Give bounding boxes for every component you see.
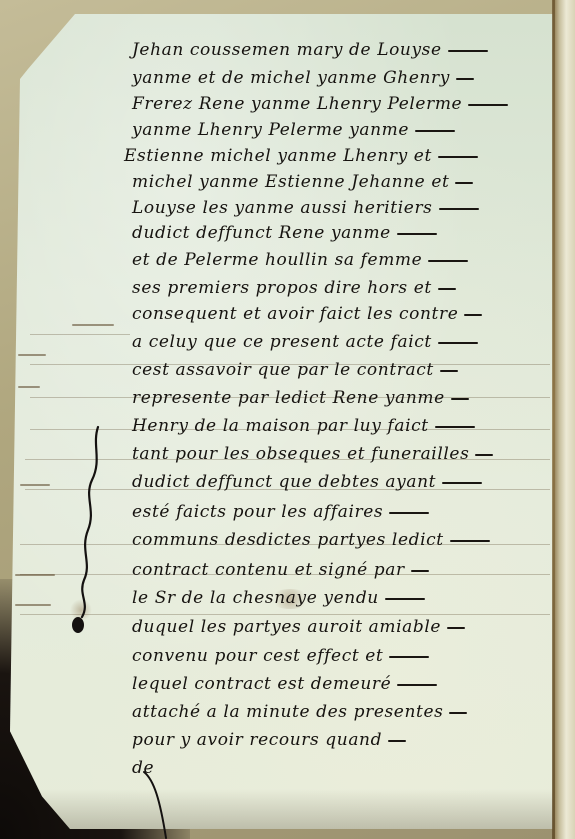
margin-mark <box>18 386 40 388</box>
margin-mark <box>18 354 46 356</box>
text-line: lequel contract est demeuré <box>132 674 437 694</box>
margin-mark <box>20 484 50 486</box>
text-line: consequent et avoir faict les contre <box>132 304 482 324</box>
text-line: represente par ledict Rene yanme <box>132 388 469 408</box>
binding-crease <box>552 0 555 839</box>
text-line: yanme Lhenry Pelerme yanme <box>132 120 455 140</box>
text-line: convenu pour cest effect et <box>132 646 429 666</box>
text-line: communs desdictes partyes ledict <box>132 530 490 550</box>
text-line: michel yanme Estienne Jehanne et <box>132 172 473 192</box>
binding-edge <box>553 0 575 839</box>
text-line: dudict deffunct Rene yanme <box>132 223 437 243</box>
text-line: pour y avoir recours quand <box>132 730 406 750</box>
text-line: Estienne michel yanme Lhenry et <box>124 146 478 166</box>
paper-shading <box>10 789 558 829</box>
text-line: duquel les partyes auroit amiable <box>132 617 465 637</box>
text-line: esté faicts pour les affaires <box>132 502 429 522</box>
text-line: ses premiers propos dire hors et <box>132 278 456 298</box>
text-line: et de Pelerme houllin sa femme <box>132 250 468 270</box>
text-line: cest assavoir que par le contract <box>132 360 458 380</box>
text-line: Louyse les yanme aussi heritiers <box>132 198 479 218</box>
text-line: Jehan coussemen mary de Louyse <box>132 40 488 60</box>
text-line: contract contenu et signé par <box>132 560 429 580</box>
descender-stroke-icon <box>140 770 180 839</box>
margin-mark <box>15 574 55 576</box>
text-line: a celuy que ce present acte faict <box>132 332 478 352</box>
text-line: dudict deffunct que debtes ayant <box>132 472 482 492</box>
ruled-line <box>30 334 130 335</box>
text-line: Henry de la maison par luy faict <box>132 416 475 436</box>
margin-mark <box>72 324 114 326</box>
text-line: le Sr de la chesnaye yendu <box>132 588 425 608</box>
text-line: tant pour les obseques et funerailles <box>132 444 493 464</box>
text-line: attaché a la minute des presentes <box>132 702 467 722</box>
text-line: yanme et de michel yanme Ghenry <box>132 68 474 88</box>
margin-bracket-icon <box>62 425 102 635</box>
text-line: Frerez Rene yanme Lhenry Pelerme <box>132 94 508 114</box>
margin-mark <box>15 604 51 606</box>
